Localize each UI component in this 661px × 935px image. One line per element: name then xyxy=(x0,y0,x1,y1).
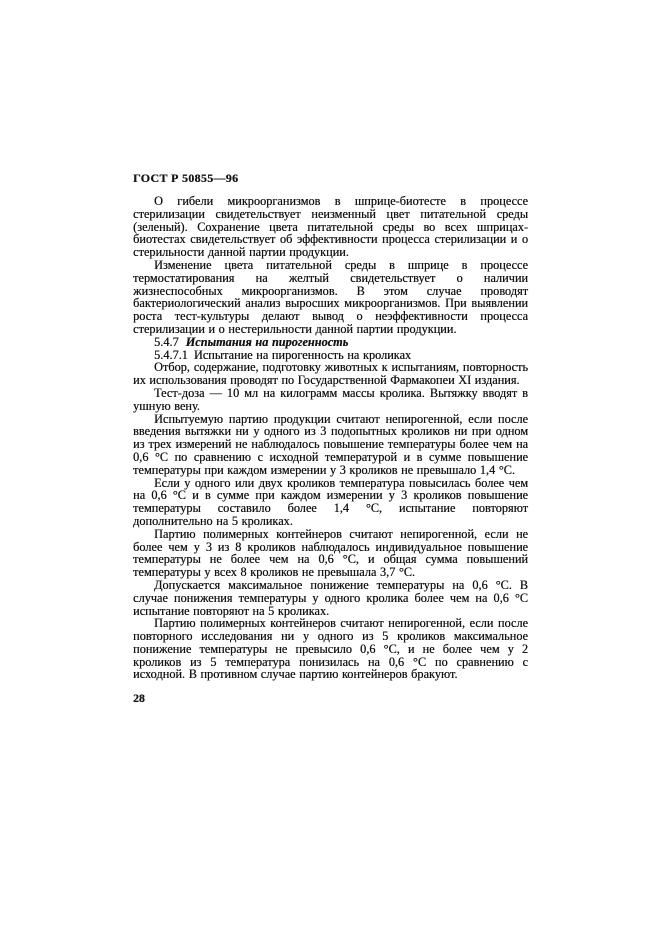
paragraph-color-change-analysis: Изменение цвета питательной среды в шпри… xyxy=(133,259,528,336)
paragraph-test-dose: Тест-доза — 10 мл на килограмм массы кро… xyxy=(133,387,528,413)
section-number: 5.4.7 xyxy=(154,335,179,349)
paragraph-animal-selection: Отбор, содержание, подготовку животных к… xyxy=(133,361,528,387)
paragraph-repeat-test-condition: Если у одного или двух кроликов температ… xyxy=(133,477,528,528)
paragraph-container-criteria-8-rabbits: Партию полимерных контейнеров считают не… xyxy=(133,528,528,579)
paragraph-temperature-decrease: Допускается максимальное понижение темпе… xyxy=(133,579,528,617)
paragraph-sterilization-success: О гибели микроорганизмов в шприце-биотес… xyxy=(133,195,528,259)
page-number: 28 xyxy=(133,692,528,705)
running-header: ГОСТ Р 50855—96 xyxy=(133,171,238,186)
document-page: ГОСТ Р 50855—96 О гибели микроорганизмов… xyxy=(0,0,661,935)
text-block: О гибели микроорганизмов в шприце-биотес… xyxy=(133,195,528,705)
paragraph-repeat-study-criteria: Партию полимерных контейнеров считают не… xyxy=(133,617,528,681)
paragraph-nonpyrogenic-criteria: Испытуемую партию продукции считают непи… xyxy=(133,413,528,477)
